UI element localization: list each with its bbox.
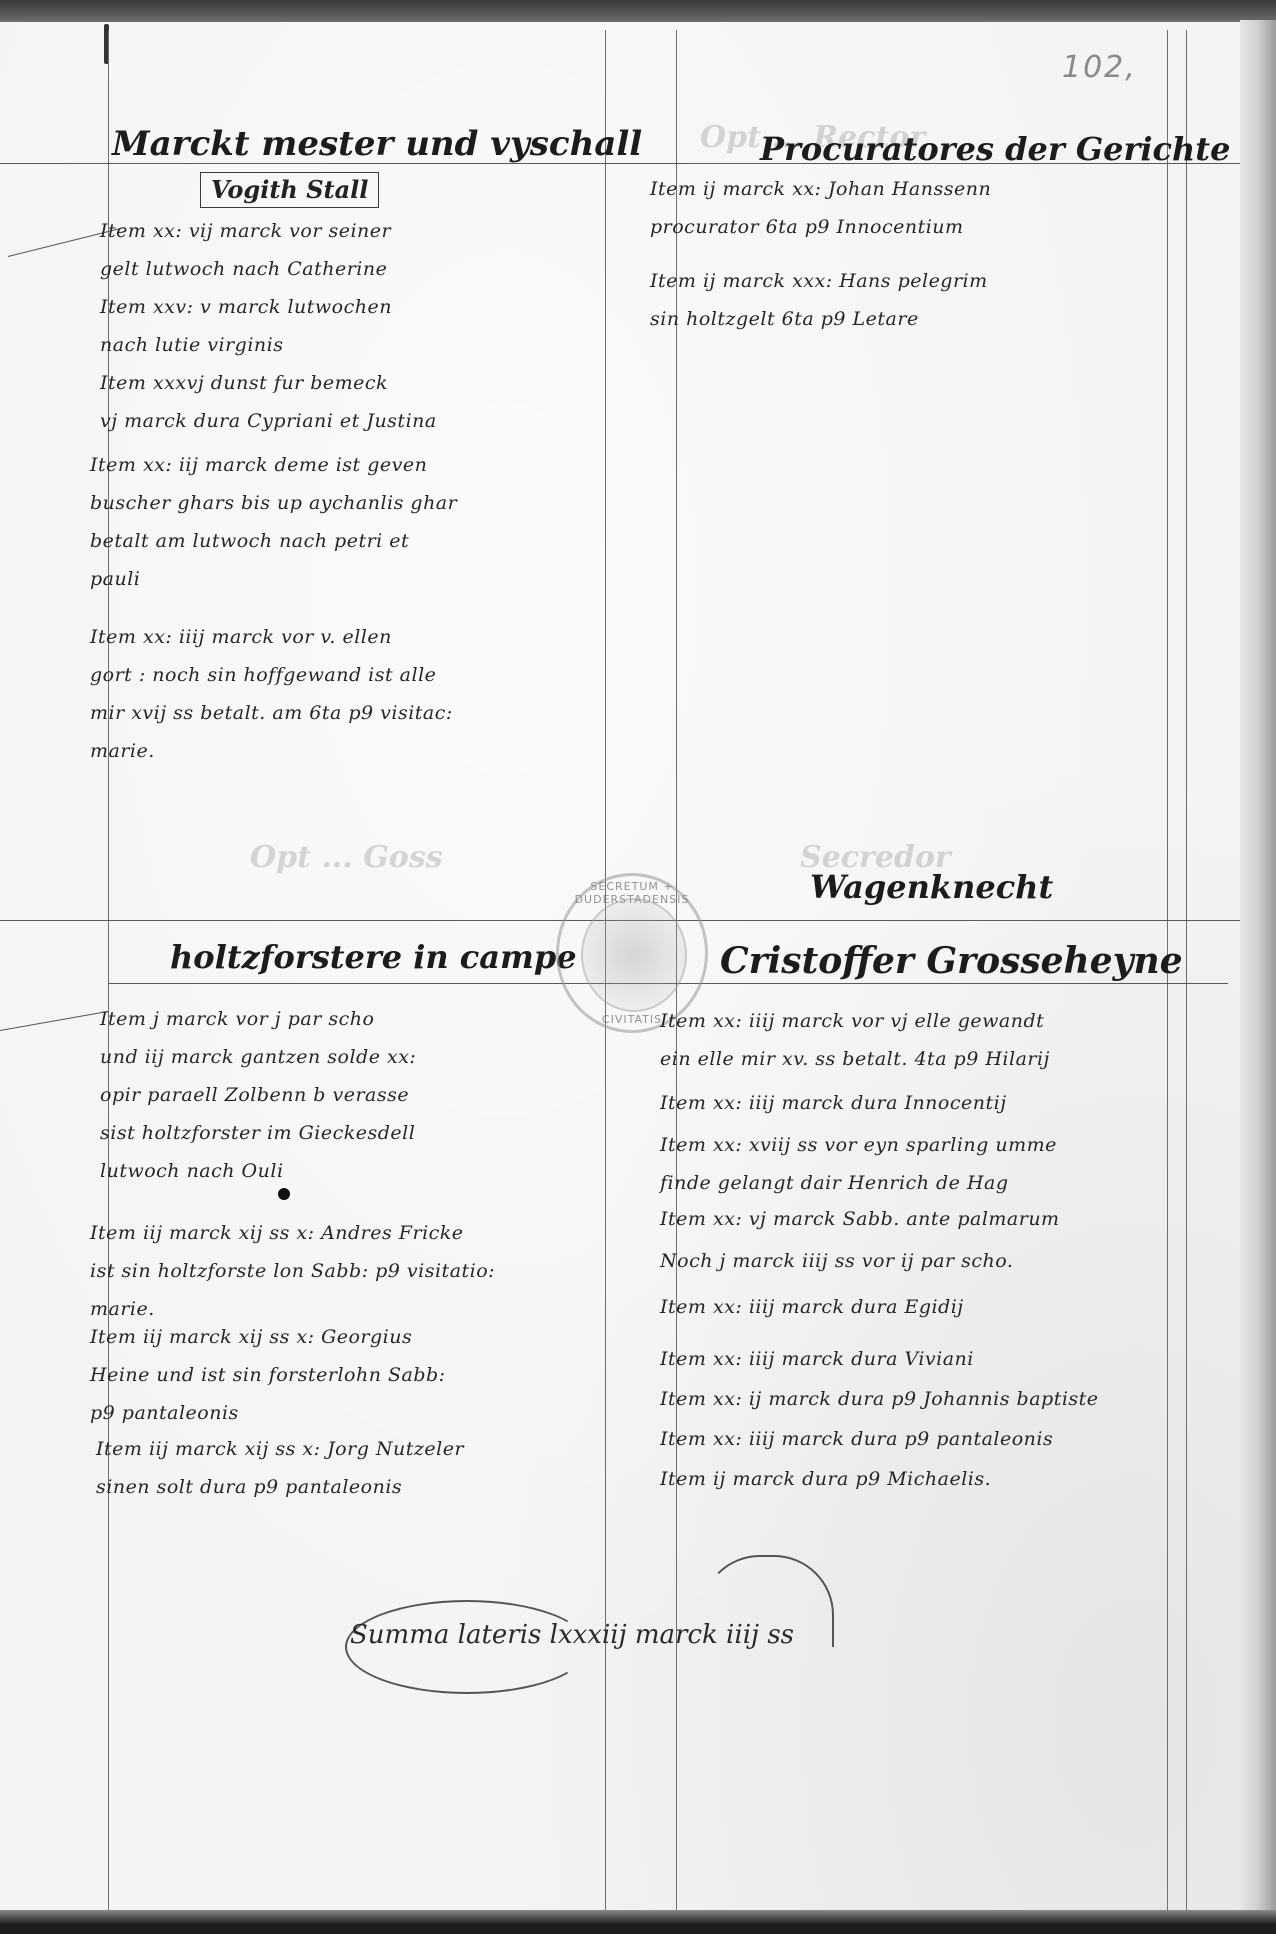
ledger-entry: Noch j marck iiij ss vor ij par scho. [660,1242,1220,1280]
section-heading-procuratores: Procuratores der Gerichte [760,130,1230,168]
seal-lion-emblem [581,898,687,1012]
ledger-entry: Item ij marck dura p9 Michaelis. [660,1460,1220,1498]
ledger-entry: Item iij marck xij ss x: Andres Fricke i… [90,1214,630,1328]
ledger-entry: Item xx: ij marck dura p9 Johannis bapti… [660,1380,1220,1418]
page-right-edge [1240,20,1276,1920]
ledger-entry: Item xx: xviij ss vor eyn sparling umme … [660,1126,1220,1202]
section-heading-holtzforstere: holtzforstere in campe [170,938,577,976]
ledger-entry: Item xx: iiij marck vor vj elle gewandt … [660,1002,1240,1078]
section-heading-marktmeister: Marckt mester und vyschall [112,124,642,164]
ledger-entry: Item xx: iiij marck dura Innocentij [660,1084,1220,1122]
ledger-entry: Item xxv: v marck lutwochen nach lutie v… [100,288,600,364]
section-heading-wagenknecht: Wagenknecht [810,868,1053,906]
ledger-entry: Item j marck vor j par scho und iij marc… [100,1000,620,1190]
ledger-entry: Item xx: iiij marck dura Viviani [660,1340,1220,1378]
page-total: Summa lateris lxxxiij marck iiij ss [350,1620,794,1650]
page-bottom-edge [0,1910,1276,1934]
ledger-entry: Item xx: iiij marck dura Egidij [660,1288,1220,1326]
ledger-entry: Item iij marck xij ss x: Jorg Nutzeler s… [96,1430,636,1506]
ink-blot [278,1188,290,1200]
ledger-entry: Item xx: vj marck Sabb. ante palmarum [660,1200,1220,1238]
ledger-entry: Item iij marck xij ss x: Georgius Heine … [90,1318,630,1432]
ledger-entry: Item xx: iij marck deme ist geven busche… [90,446,610,598]
ledger-entry: Item xxxvj dunst fur bemeck vj marck dur… [100,364,620,440]
ledger-entry: Item ij marck xx: Johan Hanssenn procura… [650,170,1210,246]
ledger-entry: Item xx: iiij marck vor v. ellen gort : … [90,618,620,770]
ledger-entry: Item ij marck xxx: Hans pelegrim sin hol… [650,262,1210,338]
section-subheading-vogith-stall: Vogith Stall [200,172,379,208]
ledger-entry: Item xx: iiij marck dura p9 pantaleonis [660,1420,1240,1458]
show-through-text: Opt ... Goss [250,840,443,875]
section-subheading-cristoffer: Cristoffer Grosseheyne [720,940,1183,982]
ledger-entry: Item xx: vij marck vor seiner gelt lutwo… [100,212,600,288]
folio-number: 102, [1062,50,1137,85]
